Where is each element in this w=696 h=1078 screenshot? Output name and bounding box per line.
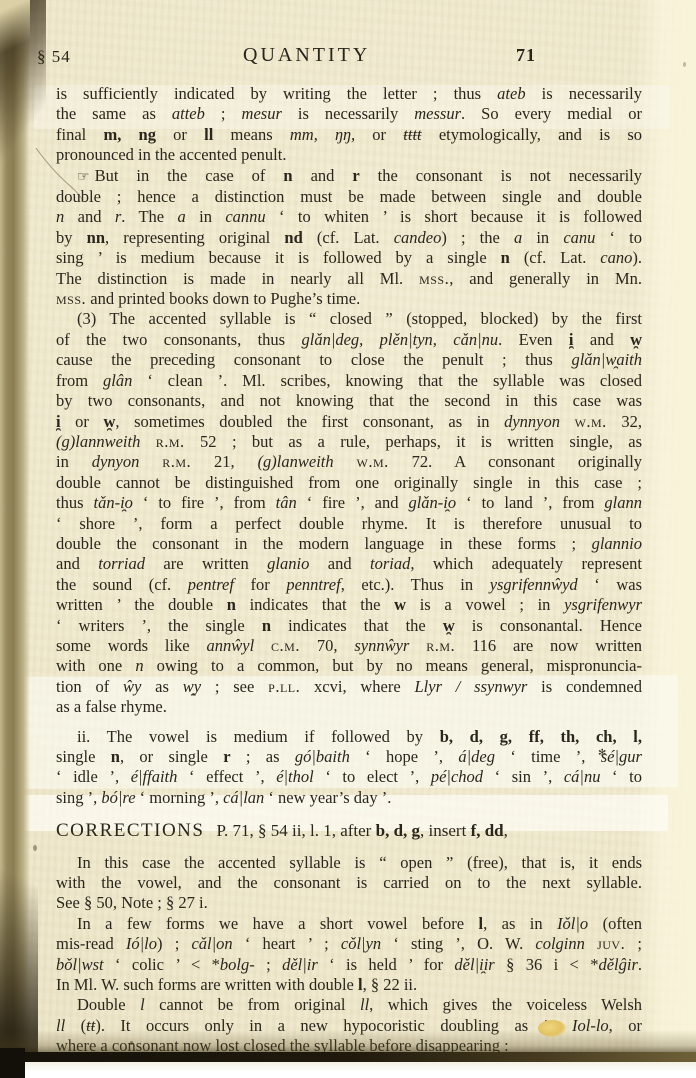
ink-speck	[130, 1041, 133, 1045]
text-line: by nn, representing original nd (cf. Lat…	[56, 228, 642, 248]
text-line: by two consonants, and not knowing that …	[56, 391, 642, 411]
para-open: In this case the accented syllable is “ …	[56, 853, 642, 914]
text-line: with one n owing to a common, but by no …	[56, 656, 642, 676]
text-line: bǒl|wst ‘ colic ’ < *bolg- ; děl|ir ‘ is…	[56, 955, 642, 975]
page-number: 71	[516, 45, 536, 66]
ink-speck	[683, 62, 686, 67]
printer-mark: ✻	[598, 748, 606, 759]
text-line: ‘ writers ’, the single n indicates that…	[56, 616, 642, 636]
bottom-left-dark-corner	[0, 1048, 25, 1078]
text-line: single n, or single r ; as gó|baith ‘ ho…	[56, 747, 642, 767]
text-line: from glân ‘ clean ’. Ml. scribes, knowin…	[56, 371, 642, 391]
page-title: QUANTITY	[243, 44, 370, 67]
text-line: The distinction is made in nearly all Ml…	[56, 269, 642, 289]
text-line: double cannot be distinguished from one …	[56, 473, 642, 493]
text-line: ‘ idle ’, é|ffaith ‘ effect ’, é|thol ‘ …	[56, 767, 642, 787]
text-line: thus tǎn-i̯o ‘ to fire ’, from tân ‘ fir…	[56, 493, 642, 513]
text-line: as a false rhyme.	[56, 697, 642, 717]
text-line: Double l cannot be from original ll, whi…	[56, 995, 642, 1015]
foxing-stain	[538, 1020, 566, 1037]
text-line: sing ’, bó|re ‘ morning ’, cá|lan ‘ new …	[56, 788, 642, 808]
text-line: n and r. The a in cannu ‘ to whiten ’ is…	[56, 207, 642, 227]
text-line: (g)lannweith r.m. 52 ; but as a rule, pe…	[56, 432, 642, 452]
top-left-corner-highlight	[0, 0, 30, 64]
text-line: written ’ the double n indicates that th…	[56, 595, 642, 615]
corrections-slip: CORRECTIONSP. 71, § 54 ii, l. 1, after b…	[56, 821, 642, 841]
text-line: In this case the accented syllable is “ …	[56, 853, 642, 873]
text-line: is sufficiently indicated by writing the…	[56, 84, 642, 104]
para-continuation: is sufficiently indicated by writing the…	[56, 84, 642, 166]
para-short-vowel: In a few forms we have a short vowel bef…	[56, 914, 642, 996]
text-line: final m, ng or ll means mm, ŋŋ, or ŧŧŧŧ …	[56, 125, 642, 145]
text-line: (3) The accented syllable is “ closed ” …	[56, 309, 642, 329]
text-line: CORRECTIONSP. 71, § 54 ii, l. 1, after b…	[56, 821, 642, 841]
text-line: pronounced in the accented penult.	[56, 145, 642, 165]
text-line: ☞But in the case of n and r the consonan…	[56, 166, 642, 187]
text-line: ii. The vowel is medium if followed by b…	[56, 727, 642, 747]
para-n-r: ☞But in the case of n and r the consonan…	[56, 166, 642, 310]
text-line: the sound (cf. pentref for penntref, etc…	[56, 575, 642, 595]
text-line: mis-read Ió|lo) ; cǎl|on ‘ heart ’ ; cǒl…	[56, 934, 642, 954]
text-line: ‘ shore ’, form a perfect double rhyme. …	[56, 514, 642, 534]
text-line: tion of ŵy as w̯y ; see p.ll. xcvi, wher…	[56, 677, 642, 697]
text-line: In Ml. W. such forms are written with do…	[56, 975, 642, 995]
text-line: In a few forms we have a short vowel bef…	[56, 914, 642, 934]
text-line: with the vowel, and the consonant is car…	[56, 873, 642, 893]
text-line: i̯ or w̯, sometimes doubled the first co…	[56, 412, 642, 432]
next-page-strip	[24, 1062, 696, 1078]
para-3-closed: (3) The accented syllable is “ closed ” …	[56, 309, 642, 717]
text-line: the same as atteb ; mesur is necessarily…	[56, 104, 642, 124]
text-line: See § 50, Note ; § 27 i.	[56, 893, 642, 913]
text-line: some words like annŵyl c.m. 70, synnŵyr …	[56, 636, 642, 656]
book-page: § 54 QUANTITY 71 is sufficiently indicat…	[0, 0, 696, 1078]
text-line: double the consonant in the modern langu…	[56, 534, 642, 554]
text-line: cause the preceding consonant to close t…	[56, 350, 642, 370]
bottom-page-shadow	[0, 1030, 696, 1054]
text-line: mss. and printed books down to Pughe’s t…	[56, 289, 642, 309]
text-line: of the two consonants, thus glǎn|deg, pl…	[56, 330, 642, 350]
page-right-edge	[634, 0, 696, 1078]
para-ii-medium: ii. The vowel is medium if followed by b…	[56, 727, 642, 809]
text-line: and torriad are written glanio and toria…	[56, 554, 642, 574]
text-line: in dynyon r.m. 21, (g)lanweith w.m. 72. …	[56, 452, 642, 472]
text-line: sing ’ is medium because it is followed …	[56, 248, 642, 268]
text-block: is sufficiently indicated by writing the…	[56, 84, 642, 1057]
ink-speck	[33, 845, 37, 851]
text-line: double ; hence a distinction must be mad…	[56, 187, 642, 207]
